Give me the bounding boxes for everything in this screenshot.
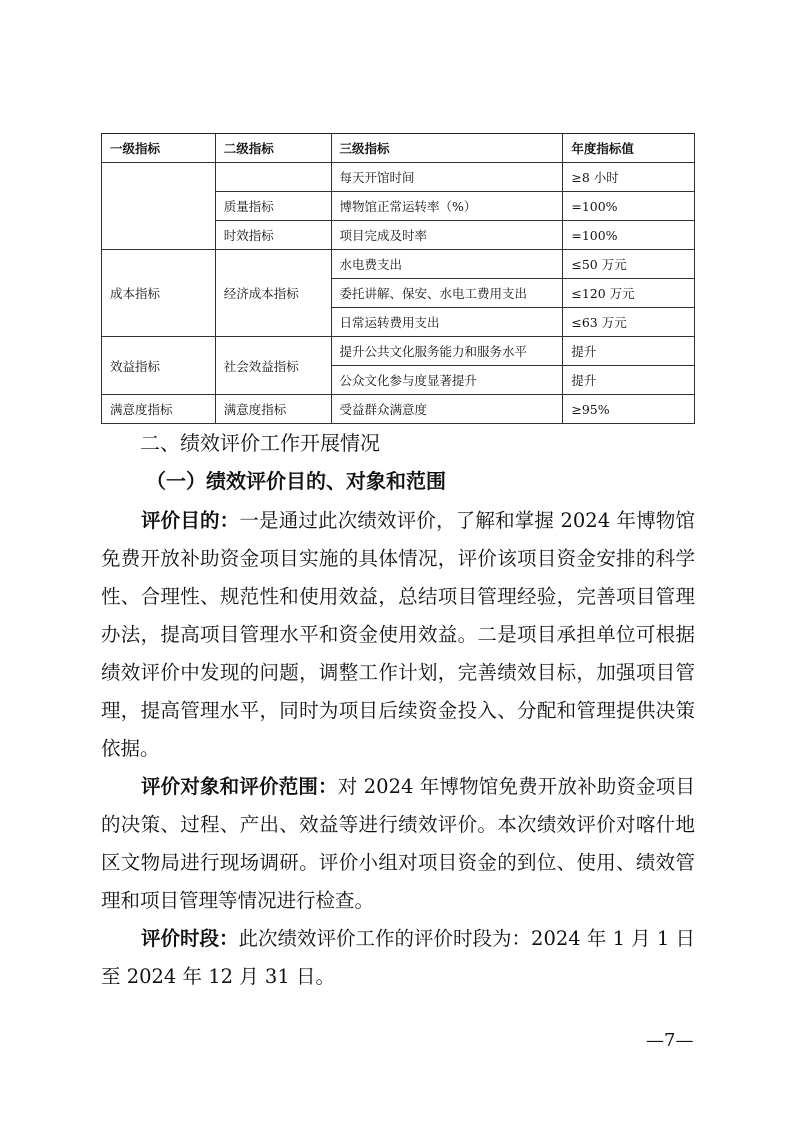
header-level2: 二级指标 [215,134,331,163]
table-row: 满意度指标 满意度指标 受益群众满意度 ≥95% [102,395,695,424]
paragraph-label: 评价对象和评价范围： [141,775,338,798]
paragraph-purpose: 评价目的：一是通过此次绩效评价，了解和掌握 2024 年博物馆免费开放补助资金项… [101,502,695,768]
cell-l3: 日常运转费用支出 [331,308,563,337]
cell-value: ≥95% [563,395,695,424]
paragraph-scope: 评价对象和评价范围：对 2024 年博物馆免费开放补助资金项目的决策、过程、产出… [101,768,695,920]
paragraph-label: 评价时段： [141,927,239,950]
cell-l2: 社会效益指标 [215,337,331,395]
table-header-row: 一级指标 二级指标 三级指标 年度指标值 [102,134,695,163]
cell-l1 [102,163,216,250]
header-level1: 一级指标 [102,134,216,163]
header-annual-value: 年度指标值 [563,134,695,163]
cell-value: ≤50 万元 [563,250,695,279]
cell-value: =100% [563,192,695,221]
paragraph-text: 一是通过此次绩效评价，了解和掌握 2024 年博物馆免费开放补助资金项目实施的具… [101,509,695,760]
cell-l3: 委托讲解、保安、水电工费用支出 [331,279,563,308]
cell-value: ≥8 小时 [563,163,695,192]
cell-l2: 时效指标 [215,221,331,250]
cell-value: ≤120 万元 [563,279,695,308]
cell-l3: 提升公共文化服务能力和服务水平 [331,337,563,366]
header-level3: 三级指标 [331,134,563,163]
indicator-table: 一级指标 二级指标 三级指标 年度指标值 每天开馆时间 ≥8 小时 质量指标 博… [101,133,695,424]
table-row: 每天开馆时间 ≥8 小时 [102,163,695,192]
body-text: 评价目的：一是通过此次绩效评价，了解和掌握 2024 年博物馆免费开放补助资金项… [101,502,695,996]
table-row: 效益指标 社会效益指标 提升公共文化服务能力和服务水平 提升 [102,337,695,366]
cell-l3: 水电费支出 [331,250,563,279]
cell-l2: 质量指标 [215,192,331,221]
cell-l1: 效益指标 [102,337,216,395]
section-heading: 二、绩效评价工作开展情况 [140,427,380,456]
cell-l2: 满意度指标 [215,395,331,424]
cell-value: 提升 [563,366,695,395]
cell-l3: 项目完成及时率 [331,221,563,250]
cell-l1: 满意度指标 [102,395,216,424]
cell-l3: 博物馆正常运转率（%） [331,192,563,221]
cell-value: 提升 [563,337,695,366]
cell-value: =100% [563,221,695,250]
section-subheading: （一）绩效评价目的、对象和范围 [146,465,446,494]
paragraph-period: 评价时段：此次绩效评价工作的评价时段为：2024 年 1 月 1 日至 2024… [101,920,695,996]
cell-value: ≤63 万元 [563,308,695,337]
cell-l3: 受益群众满意度 [331,395,563,424]
cell-l2 [215,163,331,192]
table-row: 成本指标 经济成本指标 水电费支出 ≤50 万元 [102,250,695,279]
paragraph-label: 评价目的： [141,509,239,532]
cell-l3: 每天开馆时间 [331,163,563,192]
cell-l3: 公众文化参与度显著提升 [331,366,563,395]
cell-l2: 经济成本指标 [215,250,331,337]
page-number: —7— [646,1030,693,1051]
cell-l1: 成本指标 [102,250,216,337]
